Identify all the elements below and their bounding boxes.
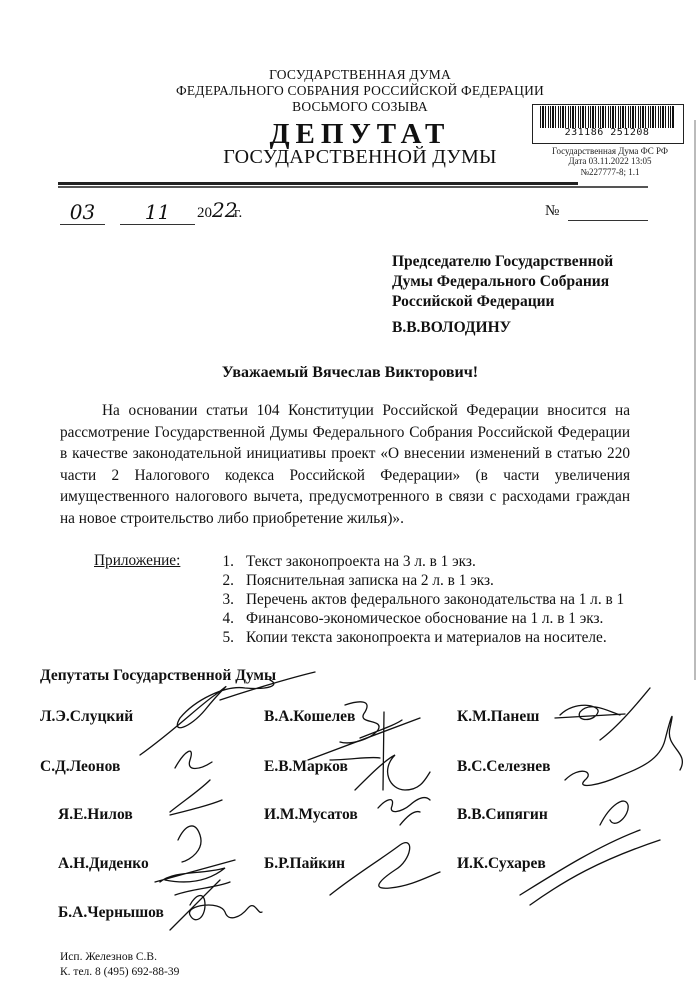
executor: Исп. Железнов С.В. <box>60 950 157 965</box>
signature-strokes-icon <box>0 0 700 990</box>
contact-phone: К. тел. 8 (495) 692-88-39 <box>60 965 179 980</box>
